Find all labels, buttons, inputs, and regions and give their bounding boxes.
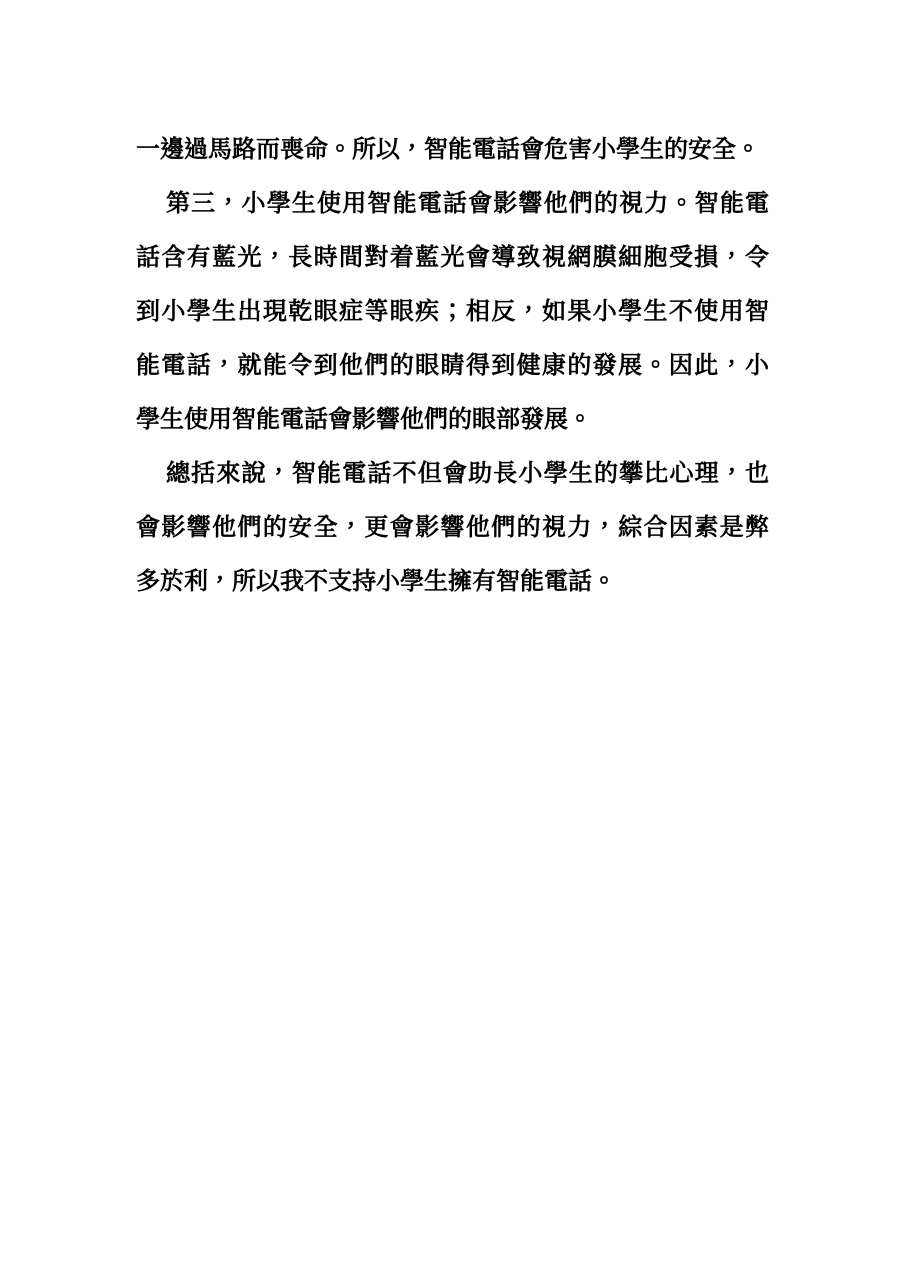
paragraph: 總括來說，智能電話不但會助長小學生的攀比心理，也 會影響他們的安全，更會影響他們… — [136, 447, 769, 609]
text-line: 一邊過馬路而喪命。所以，智能電話會危害小學生的安全。 — [136, 123, 769, 177]
text-line: 多於利，所以我不支持小學生擁有智能電話。 — [136, 555, 769, 609]
text-line: 學生使用智能電話會影響他們的眼部發展。 — [136, 393, 769, 447]
text-line: 話含有藍光，長時間對着藍光會導致視網膜細胞受損，令 — [136, 231, 769, 285]
text-line: 總括來說，智能電話不但會助長小學生的攀比心理，也 — [136, 447, 769, 501]
document-page: 一邊過馬路而喪命。所以，智能電話會危害小學生的安全。 第三，小學生使用智能電話會… — [0, 0, 905, 1280]
paragraph: 一邊過馬路而喪命。所以，智能電話會危害小學生的安全。 — [136, 123, 769, 177]
text-line: 第三，小學生使用智能電話會影響他們的視力。智能電 — [136, 177, 769, 231]
text-line: 到小學生出現乾眼症等眼疾；相反，如果小學生不使用智 — [136, 285, 769, 339]
text-line: 能電話，就能令到他們的眼睛得到健康的發展。因此，小 — [136, 339, 769, 393]
paragraph: 第三，小學生使用智能電話會影響他們的視力。智能電 話含有藍光，長時間對着藍光會導… — [136, 177, 769, 447]
text-line: 會影響他們的安全，更會影響他們的視力，綜合因素是弊 — [136, 501, 769, 555]
